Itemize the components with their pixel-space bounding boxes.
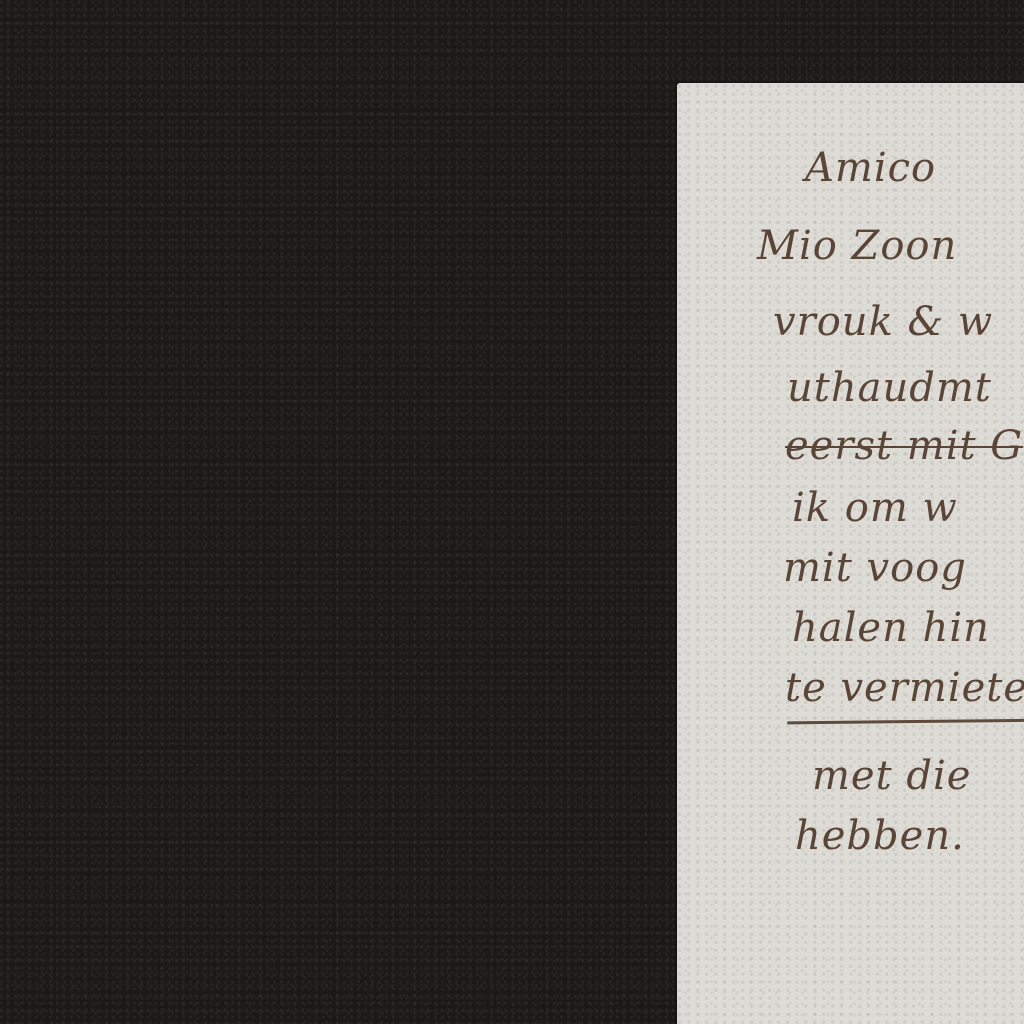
handwritten-line: uthaudmt [787,365,992,411]
handwritten-line-struck: eerst mit G [785,423,1023,469]
handwritten-line: te vermiete [785,665,1024,711]
handwritten-line: vrouk & w [773,299,993,345]
handwritten-line: hebben. [795,813,965,859]
underline-rule [787,719,1024,725]
manuscript-page: Amico Mio Zoon vrouk & w uthaudmt eerst … [677,83,1024,1024]
handwritten-line: met die [812,753,971,799]
handwritten-line: halen hin [792,605,990,651]
handwritten-line: Mio Zoon [757,223,957,269]
handwritten-line: ik om w [792,485,958,531]
handwritten-line: Amico [805,145,936,191]
handwritten-line: mit voog [783,545,967,591]
